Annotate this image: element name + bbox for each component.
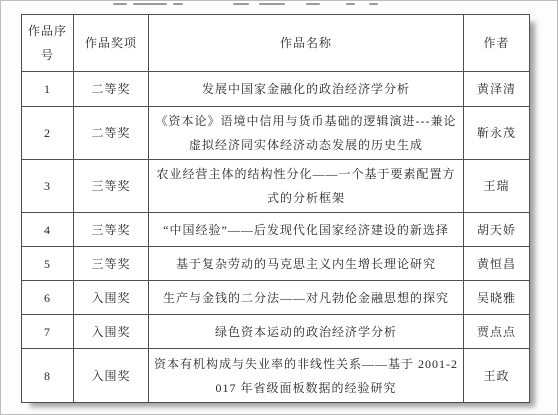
cell-no: 1 bbox=[22, 72, 74, 107]
cell-author: 黄恒昌 bbox=[464, 247, 530, 281]
header-cell-index: 作品序号 bbox=[22, 15, 74, 72]
header-cell-award: 作品奖项 bbox=[74, 15, 149, 72]
cell-title: 《资本论》语境中信用与货币基础的逻辑演进---兼论虚拟经济同实体经济动态发展的历… bbox=[149, 107, 464, 160]
cell-award: 三等奖 bbox=[74, 247, 149, 281]
cell-title: 基于复杂劳动的马克思主义内生增长理论研究 bbox=[149, 247, 464, 281]
cell-title: 发展中国家金融化的政治经济学分析 bbox=[149, 72, 464, 107]
cell-author: 胡天娇 bbox=[464, 213, 530, 247]
cell-award: 入围奖 bbox=[74, 281, 149, 315]
cell-no: 5 bbox=[22, 247, 74, 281]
table-row: 3 三等奖 农业经营主体的结构性分化——一个基于要素配置方式的分析框架 王瑞 bbox=[22, 160, 530, 213]
table-row: 5 三等奖 基于复杂劳动的马克思主义内生增长理论研究 黄恒昌 bbox=[22, 247, 530, 281]
clipped-text-remnant bbox=[369, 3, 378, 5]
cell-award: 入围奖 bbox=[74, 349, 149, 403]
table-row: 7 入围奖 绿色资本运动的政治经济学分析 贾点点 bbox=[22, 315, 530, 349]
clipped-text-remnant bbox=[346, 3, 355, 5]
cell-no: 6 bbox=[22, 281, 74, 315]
clipped-text-remnant bbox=[259, 3, 285, 5]
cell-title: 绿色资本运动的政治经济学分析 bbox=[149, 315, 464, 349]
table-header-row: 作品序号 作品奖项 作品名称 作者 bbox=[22, 15, 530, 72]
cell-award: 二等奖 bbox=[74, 72, 149, 107]
clipped-text-remnant bbox=[173, 3, 183, 5]
cell-award: 三等奖 bbox=[74, 213, 149, 247]
cell-award: 三等奖 bbox=[74, 160, 149, 213]
table-row: 2 二等奖 《资本论》语境中信用与货币基础的逻辑演进---兼论虚拟经济同实体经济… bbox=[22, 107, 530, 160]
cell-no: 3 bbox=[22, 160, 74, 213]
table-row: 8 入围奖 资本有机构成与失业率的非线性关系——基于 2001-2017 年省级… bbox=[22, 349, 530, 403]
cell-no: 2 bbox=[22, 107, 74, 160]
cell-title: “中国经验”——后发现代化国家经济建设的新选择 bbox=[149, 213, 464, 247]
cell-title: 农业经营主体的结构性分化——一个基于要素配置方式的分析框架 bbox=[149, 160, 464, 213]
cell-no: 8 bbox=[22, 349, 74, 403]
cell-title: 资本有机构成与失业率的非线性关系——基于 2001-2017 年省级面板数据的经… bbox=[149, 349, 464, 403]
cell-no: 4 bbox=[22, 213, 74, 247]
cell-author: 靳永茂 bbox=[464, 107, 530, 160]
header-cell-author: 作者 bbox=[464, 15, 530, 72]
cell-title: 生产与金钱的二分法——对凡勃伦金融思想的探究 bbox=[149, 281, 464, 315]
clipped-text-remnant bbox=[306, 3, 320, 5]
clipped-text-remnant bbox=[113, 3, 127, 5]
clipped-text-remnant bbox=[233, 3, 249, 5]
cell-author: 贾点点 bbox=[464, 315, 530, 349]
cell-author: 王瑞 bbox=[464, 160, 530, 213]
clipped-text-remnant bbox=[133, 3, 167, 5]
cell-award: 二等奖 bbox=[74, 107, 149, 160]
cell-author: 吴晓雅 bbox=[464, 281, 530, 315]
table-row: 6 入围奖 生产与金钱的二分法——对凡勃伦金融思想的探究 吴晓雅 bbox=[22, 281, 530, 315]
cell-author: 黄泽清 bbox=[464, 72, 530, 107]
cell-author: 王政 bbox=[464, 349, 530, 403]
document-page: 作品序号 作品奖项 作品名称 作者 1 二等奖 发展中国家金融化的政治经济学分析… bbox=[0, 0, 558, 415]
table-row: 4 三等奖 “中国经验”——后发现代化国家经济建设的新选择 胡天娇 bbox=[22, 213, 530, 247]
cell-award: 入围奖 bbox=[74, 315, 149, 349]
awards-table: 作品序号 作品奖项 作品名称 作者 1 二等奖 发展中国家金融化的政治经济学分析… bbox=[21, 14, 530, 403]
cell-no: 7 bbox=[22, 315, 74, 349]
table-row: 1 二等奖 发展中国家金融化的政治经济学分析 黄泽清 bbox=[22, 72, 530, 107]
header-cell-title: 作品名称 bbox=[149, 15, 464, 72]
